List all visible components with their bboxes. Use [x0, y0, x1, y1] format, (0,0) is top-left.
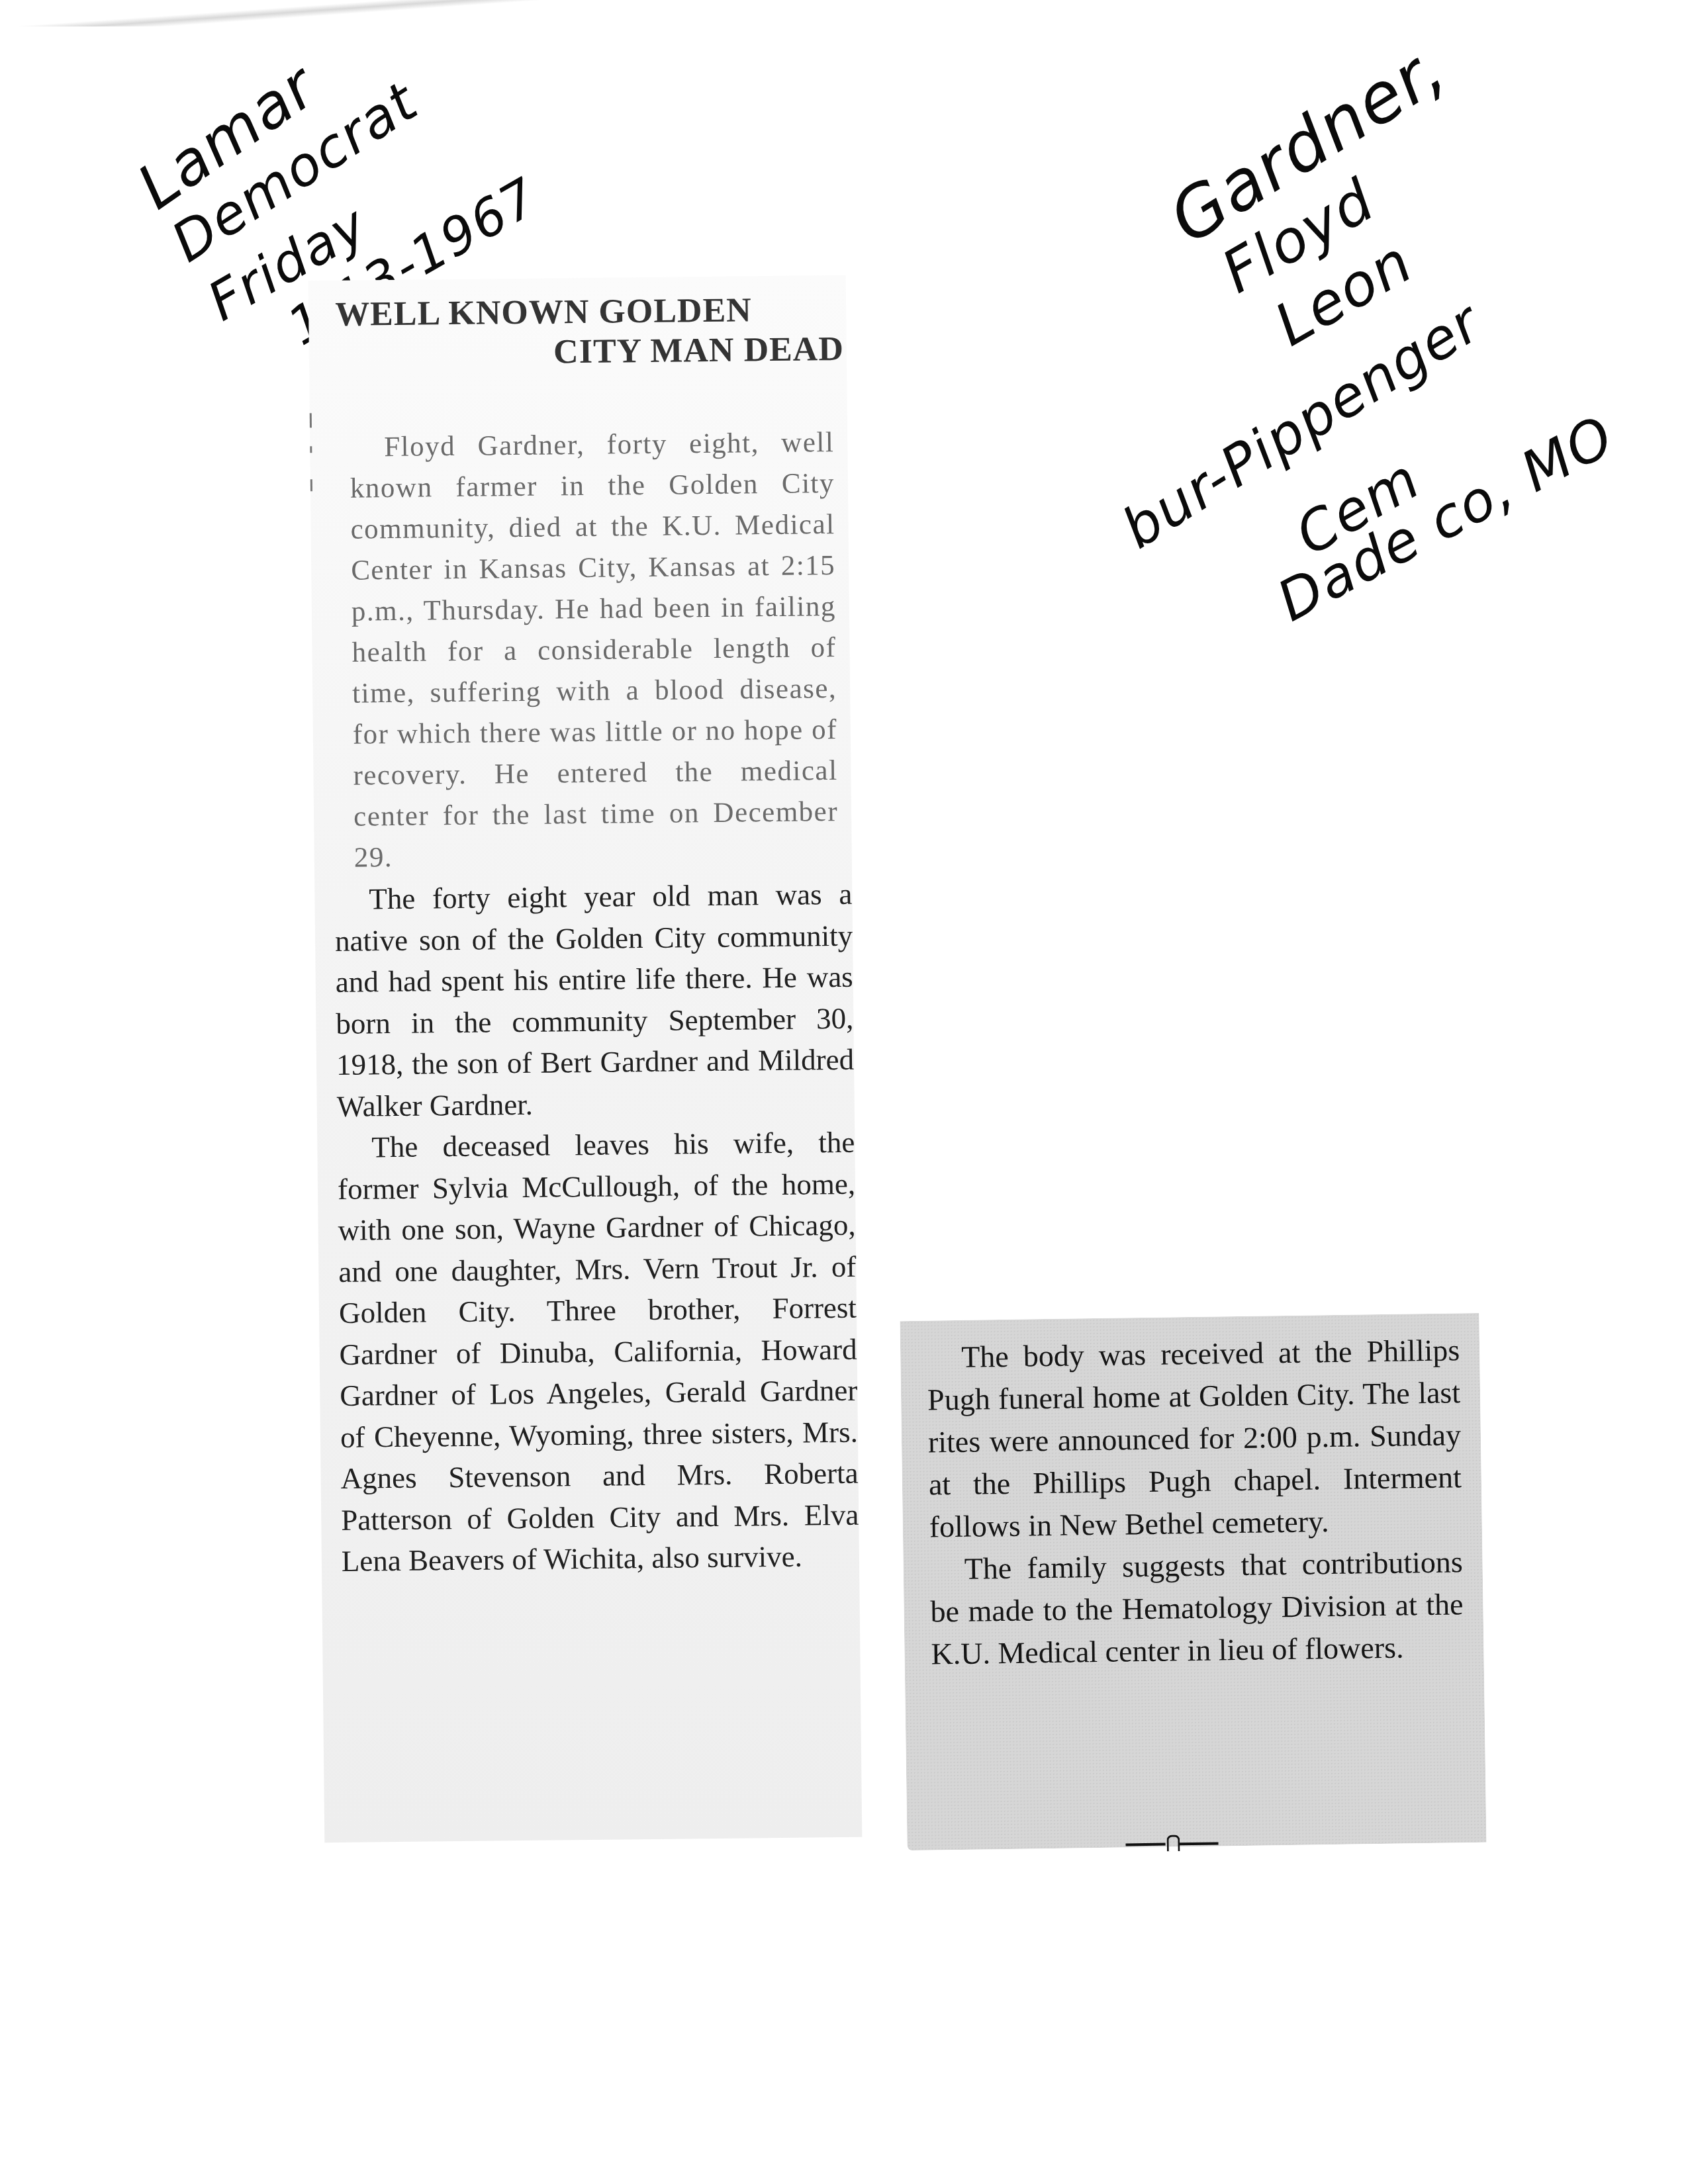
newspaper-clipping-main: WELL KNOWN GOLDEN CITY MAN DEAD Floyd Ga…: [308, 275, 863, 1843]
paragraph-text: The body was received at the Phillips Pu…: [927, 1329, 1462, 1548]
article-paragraph-2: The forty eight year old man was a nativ…: [314, 874, 855, 1127]
paragraph-text: The forty eight year old man was a nativ…: [334, 874, 855, 1127]
continuation-paragraph-2: The family suggests that contributions b…: [903, 1541, 1484, 1676]
margin-mark: [310, 413, 312, 428]
article-paragraph-1: Floyd Gardner, forty eight, well known f…: [309, 369, 852, 879]
margin-mark: [310, 446, 312, 453]
paragraph-text: Floyd Gardner, forty eight, well known f…: [350, 422, 839, 879]
headline-line-1: WELL KNOWN GOLDEN: [308, 290, 847, 335]
newspaper-clipping-continuation: The body was received at the Phillips Pu…: [900, 1313, 1486, 1850]
headline-line-2: CITY MAN DEAD: [309, 330, 847, 375]
continuation-paragraph-1: The body was received at the Phillips Pu…: [900, 1313, 1482, 1549]
paragraph-text: The deceased leaves his wife, the former…: [337, 1122, 859, 1582]
end-of-article-mark: [1125, 1835, 1218, 1853]
paragraph-text: The family suggests that contributions b…: [929, 1541, 1464, 1675]
article-paragraph-3: The deceased leaves his wife, the former…: [317, 1122, 859, 1582]
page-edge-shadow: [0, 0, 596, 26]
margin-mark: [310, 479, 312, 491]
article-headline: WELL KNOWN GOLDEN CITY MAN DEAD: [308, 275, 847, 375]
